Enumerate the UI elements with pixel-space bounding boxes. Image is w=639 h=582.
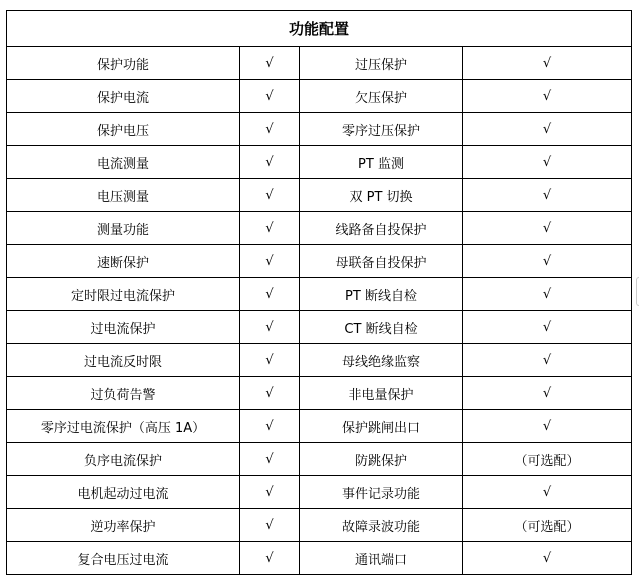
table-row: 复合电压过电流√通讯端口√ bbox=[7, 542, 632, 575]
function-name-cell: 防跳保护 bbox=[300, 443, 463, 476]
function-name-cell: 电机起动过电流 bbox=[7, 476, 240, 509]
status-cell: √ bbox=[240, 179, 300, 212]
status-cell: √ bbox=[463, 179, 632, 212]
table-row: 逆功率保护√故障录波功能（可选配） bbox=[7, 509, 632, 542]
function-name-cell: 非电量保护 bbox=[300, 377, 463, 410]
status-cell: √ bbox=[240, 47, 300, 80]
function-name-cell: 事件记录功能 bbox=[300, 476, 463, 509]
status-cell: √ bbox=[463, 245, 632, 278]
function-name-cell: 故障录波功能 bbox=[300, 509, 463, 542]
table-row: 过电流反时限√母线绝缘监察√ bbox=[7, 344, 632, 377]
function-name-cell: 负序电流保护 bbox=[7, 443, 240, 476]
status-cell: √ bbox=[240, 410, 300, 443]
table-row: 负序电流保护√防跳保护（可选配） bbox=[7, 443, 632, 476]
table-row: 保护功能√过压保护√ bbox=[7, 47, 632, 80]
function-name-cell: 欠压保护 bbox=[300, 80, 463, 113]
function-name-cell: 过压保护 bbox=[300, 47, 463, 80]
status-cell: √ bbox=[240, 146, 300, 179]
function-name-cell: PT 断线自检 bbox=[300, 278, 463, 311]
table-row: 保护电流√欠压保护√ bbox=[7, 80, 632, 113]
function-name-cell: 保护电流 bbox=[7, 80, 240, 113]
status-cell: √ bbox=[463, 212, 632, 245]
status-cell: √ bbox=[463, 344, 632, 377]
status-cell: √ bbox=[463, 542, 632, 575]
function-name-cell: 过负荷告警 bbox=[7, 377, 240, 410]
status-cell: √ bbox=[463, 278, 632, 311]
table-row: 定时限过电流保护√PT 断线自检√ bbox=[7, 278, 632, 311]
table-row: 过电流保护√CT 断线自检√ bbox=[7, 311, 632, 344]
function-name-cell: PT 监测 bbox=[300, 146, 463, 179]
table-row: 速断保护√母联备自投保护√ bbox=[7, 245, 632, 278]
status-cell: √ bbox=[240, 278, 300, 311]
status-cell: √ bbox=[463, 113, 632, 146]
function-name-cell: 定时限过电流保护 bbox=[7, 278, 240, 311]
status-cell: √ bbox=[240, 113, 300, 146]
function-name-cell: 保护电压 bbox=[7, 113, 240, 146]
function-name-cell: 电压测量 bbox=[7, 179, 240, 212]
table-row: 测量功能√线路备自投保护√ bbox=[7, 212, 632, 245]
status-cell: √ bbox=[240, 443, 300, 476]
status-cell: √ bbox=[463, 410, 632, 443]
function-name-cell: 逆功率保护 bbox=[7, 509, 240, 542]
status-cell: √ bbox=[463, 80, 632, 113]
status-cell: √ bbox=[240, 80, 300, 113]
status-cell: √ bbox=[463, 476, 632, 509]
function-name-cell: CT 断线自检 bbox=[300, 311, 463, 344]
status-cell: √ bbox=[463, 377, 632, 410]
table-row: 电机起动过电流√事件记录功能√ bbox=[7, 476, 632, 509]
table-row: 保护电压√零序过压保护√ bbox=[7, 113, 632, 146]
status-cell: √ bbox=[240, 542, 300, 575]
function-name-cell: 通讯端口 bbox=[300, 542, 463, 575]
status-cell: √ bbox=[463, 146, 632, 179]
function-name-cell: 母联备自投保护 bbox=[300, 245, 463, 278]
function-name-cell: 零序过电流保护（高压 1A） bbox=[7, 410, 240, 443]
table-row: 电压测量√双 PT 切换√ bbox=[7, 179, 632, 212]
status-cell: √ bbox=[240, 476, 300, 509]
function-name-cell: 过电流反时限 bbox=[7, 344, 240, 377]
status-cell: √ bbox=[240, 212, 300, 245]
function-config-table: 功能配置 保护功能√过压保护√保护电流√欠压保护√保护电压√零序过压保护√电流测… bbox=[6, 10, 632, 575]
status-cell: √ bbox=[240, 509, 300, 542]
function-name-cell: 电流测量 bbox=[7, 146, 240, 179]
function-name-cell: 测量功能 bbox=[7, 212, 240, 245]
function-name-cell: 速断保护 bbox=[7, 245, 240, 278]
status-cell: √ bbox=[463, 47, 632, 80]
table-row: 电流测量√PT 监测√ bbox=[7, 146, 632, 179]
status-cell: （可选配） bbox=[463, 509, 632, 542]
status-cell: √ bbox=[240, 377, 300, 410]
function-name-cell: 线路备自投保护 bbox=[300, 212, 463, 245]
table-row: 零序过电流保护（高压 1A）√保护跳闸出口√ bbox=[7, 410, 632, 443]
status-cell: （可选配） bbox=[463, 443, 632, 476]
function-name-cell: 零序过压保护 bbox=[300, 113, 463, 146]
function-name-cell: 过电流保护 bbox=[7, 311, 240, 344]
table-title-row: 功能配置 bbox=[7, 11, 632, 47]
function-name-cell: 保护跳闸出口 bbox=[300, 410, 463, 443]
status-cell: √ bbox=[463, 311, 632, 344]
status-cell: √ bbox=[240, 344, 300, 377]
status-cell: √ bbox=[240, 245, 300, 278]
function-name-cell: 双 PT 切换 bbox=[300, 179, 463, 212]
status-cell: √ bbox=[240, 311, 300, 344]
table-row: 过负荷告警√非电量保护√ bbox=[7, 377, 632, 410]
function-name-cell: 母线绝缘监察 bbox=[300, 344, 463, 377]
function-name-cell: 复合电压过电流 bbox=[7, 542, 240, 575]
table-title: 功能配置 bbox=[7, 11, 632, 47]
function-name-cell: 保护功能 bbox=[7, 47, 240, 80]
